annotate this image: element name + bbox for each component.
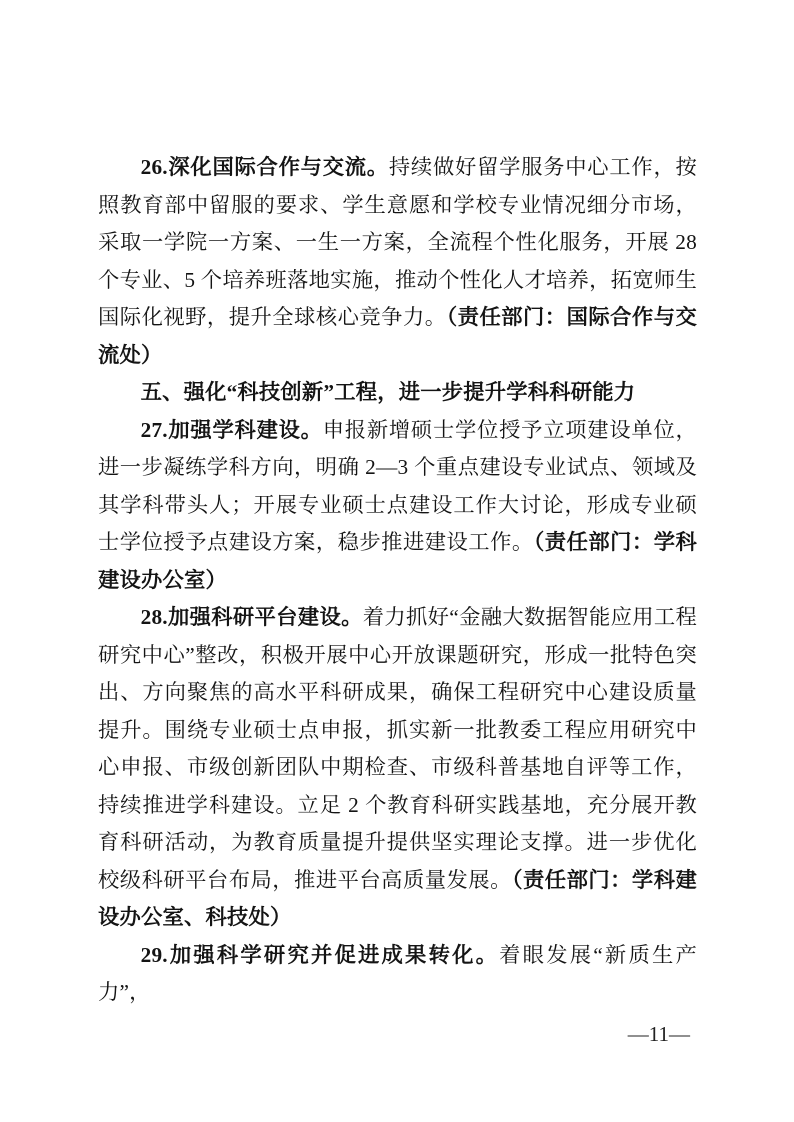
paragraph-28-lead: 28.加强科研平台建设。 [141, 605, 363, 629]
document-page: 26.深化国际合作与交流。持续做好留学服务中心工作，按照教育部中留服的要求、学生… [0, 0, 794, 1122]
paragraph-27: 27.加强学科建设。申报新增硕士学位授予立项建设单位，进一步凝练学科方向，明确 … [98, 412, 697, 600]
paragraph-29: 29.加强科学研究并促进成果转化。着眼发展“新质生产力”， [98, 937, 697, 1012]
page-footer: —11— [0, 1020, 794, 1060]
paragraph-26-body: 持续做好留学服务中心工作，按照教育部中留服的要求、学生意愿和学校专业情况细分市场… [98, 155, 697, 329]
section-heading-five: 五、强化“科技创新”工程，进一步提升学科科研能力 [98, 374, 697, 412]
paragraph-28: 28.加强科研平台建设。着力抓好“金融大数据智能应用工程研究中心”整改，积极开展… [98, 599, 697, 937]
paragraph-29-lead: 29.加强科学研究并促进成果转化。 [141, 943, 500, 967]
page-number: —11— [628, 1020, 690, 1048]
paragraph-28-body: 着力抓好“金融大数据智能应用工程研究中心”整改，积极开展中心开放课题研究，形成一… [98, 605, 697, 892]
paragraph-27-lead: 27.加强学科建设。 [141, 418, 323, 442]
document-content: 26.深化国际合作与交流。持续做好留学服务中心工作，按照教育部中留服的要求、学生… [98, 149, 697, 1012]
paragraph-26: 26.深化国际合作与交流。持续做好留学服务中心工作，按照教育部中留服的要求、学生… [98, 149, 697, 374]
paragraph-26-lead: 26.深化国际合作与交流。 [141, 155, 389, 179]
